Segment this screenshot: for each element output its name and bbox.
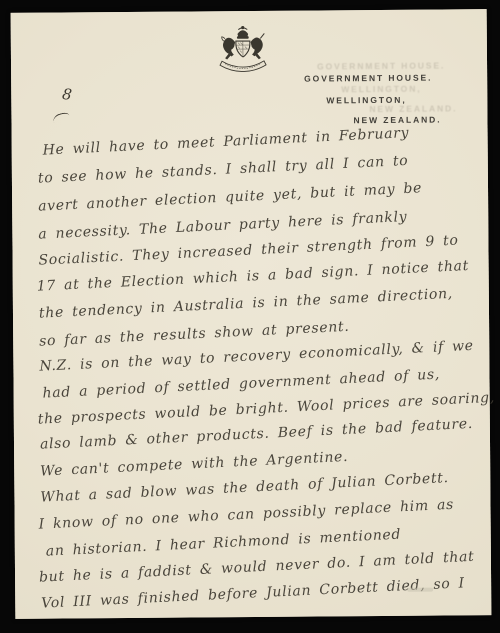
- handwritten-line: to see how he stands. I shall try all I …: [38, 153, 409, 187]
- motto-ribbon-icon: [220, 61, 266, 72]
- letterhead-new-zealand: NEW ZEALAND.: [353, 114, 441, 125]
- handwritten-line: avert another election quite yet, but it…: [38, 180, 423, 214]
- crown-icon: [237, 27, 248, 39]
- shield-icon: [236, 41, 250, 57]
- handwritten-line: He will have to meet Parliament in Febru…: [42, 125, 409, 159]
- scanned-letter-photo: { "document": { "kind": "Handwritten let…: [0, 0, 500, 633]
- unicorn-supporter-icon: [251, 33, 265, 59]
- paper-smudge: [407, 588, 433, 592]
- handwritten-line: We can't compete with the Argentine.: [40, 449, 349, 480]
- letterhead-government-house: GOVERNMENT HOUSE.: [304, 73, 432, 84]
- letterhead-ghost-line: GOVERNMENT HOUSE.: [317, 60, 445, 71]
- letterhead-wellington: WELLINGTON,: [326, 95, 406, 106]
- page-number-flourish: [52, 111, 70, 122]
- page-number: 8: [61, 85, 73, 104]
- letter-page: GOVERNMENT HOUSE. WELLINGTON, NEW ZEALAN…: [11, 9, 492, 619]
- royal-coat-of-arms: [209, 25, 277, 76]
- lion-supporter-icon: [222, 37, 235, 60]
- letterhead-ghost-line: WELLINGTON,: [341, 84, 421, 95]
- letterhead-ghost-line: NEW ZEALAND.: [369, 103, 457, 114]
